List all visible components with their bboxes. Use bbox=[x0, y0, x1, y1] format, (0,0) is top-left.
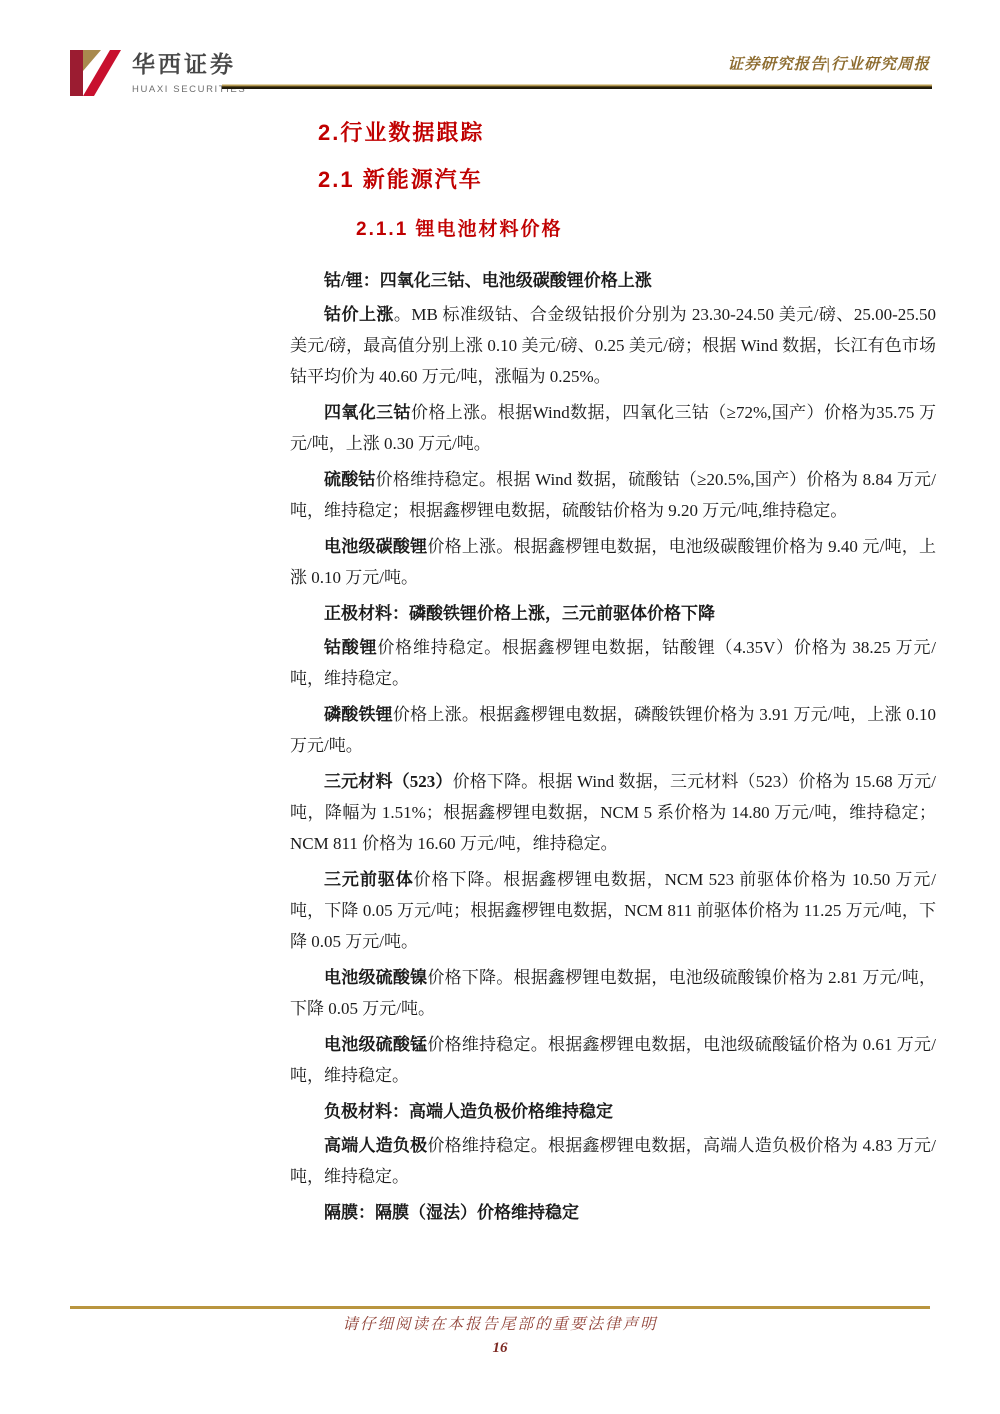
huaxi-logo-icon bbox=[68, 44, 122, 98]
legal-disclaimer: 请仔细阅读在本报告尾部的重要法律声明 bbox=[0, 1312, 1000, 1334]
body-paragraph: 硫酸钴价格维持稳定。根据 Wind 数据，硫酸钴（≥20.5%,国产）价格为 8… bbox=[290, 464, 936, 526]
body-paragraph: 四氧化三钴价格上涨。根据Wind数据，四氧化三钴（≥72%,国产）价格为35.7… bbox=[290, 397, 936, 459]
body-paragraph: 钴酸锂价格维持稳定。根据鑫椤锂电数据，钴酸锂（4.35V）价格为 38.25 万… bbox=[290, 632, 936, 694]
report-body: 2.行业数据跟踪 2.1 新能源汽车 2.1.1 锂电池材料价格 钴/锂：四氧化… bbox=[290, 116, 936, 1231]
body-paragraph: 磷酸铁锂价格上涨。根据鑫椤锂电数据，磷酸铁锂价格为 3.91 万元/吨，上涨 0… bbox=[290, 699, 936, 761]
topic-subhead: 正极材料：磷酸铁锂价格上涨，三元前驱体价格下降 bbox=[290, 598, 936, 629]
report-page: 华西证券 HUAXI SECURITIES 证券研究报告|行业研究周报 2.行业… bbox=[0, 0, 1000, 1414]
logo-cn-text: 华西证券 bbox=[132, 46, 246, 79]
report-type-label: 证券研究报告|行业研究周报 bbox=[728, 52, 930, 74]
section-heading: 2.行业数据跟踪 bbox=[318, 116, 936, 147]
page-number: 16 bbox=[0, 1340, 1000, 1357]
header-divider bbox=[222, 84, 932, 89]
body-paragraph: 高端人造负极价格维持稳定。根据鑫椤锂电数据，高端人造负极价格为 4.83 万元/… bbox=[290, 1130, 936, 1192]
footer-divider bbox=[70, 1306, 930, 1309]
body-paragraph: 钴价上涨。MB 标准级钴、合金级钴报价分别为 23.30-24.50 美元/磅、… bbox=[290, 299, 936, 392]
subsection-heading: 2.1 新能源汽车 bbox=[318, 163, 936, 194]
subsubsection-heading: 2.1.1 锂电池材料价格 bbox=[356, 214, 936, 241]
body-paragraph: 三元材料（523）价格下降。根据 Wind 数据，三元材料（523）价格为 15… bbox=[290, 766, 936, 859]
body-paragraph: 电池级硫酸锰价格维持稳定。根据鑫椤锂电数据，电池级硫酸锰价格为 0.61 万元/… bbox=[290, 1029, 936, 1091]
topic-subhead: 隔膜：隔膜（湿法）价格维持稳定 bbox=[290, 1197, 936, 1228]
body-paragraph: 三元前驱体价格下降。根据鑫椤锂电数据，NCM 523 前驱体价格为 10.50 … bbox=[290, 864, 936, 957]
topic-subhead: 钴/锂：四氧化三钴、电池级碳酸锂价格上涨 bbox=[290, 265, 936, 296]
body-paragraph: 电池级硫酸镍价格下降。根据鑫椤锂电数据，电池级硫酸镍价格为 2.81 万元/吨，… bbox=[290, 962, 936, 1024]
body-paragraph: 电池级碳酸锂价格上涨。根据鑫椤锂电数据，电池级碳酸锂价格为 9.40 元/吨，上… bbox=[290, 531, 936, 593]
huaxi-logo: 华西证券 HUAXI SECURITIES bbox=[68, 44, 246, 98]
topic-subhead: 负极材料：高端人造负极价格维持稳定 bbox=[290, 1096, 936, 1127]
